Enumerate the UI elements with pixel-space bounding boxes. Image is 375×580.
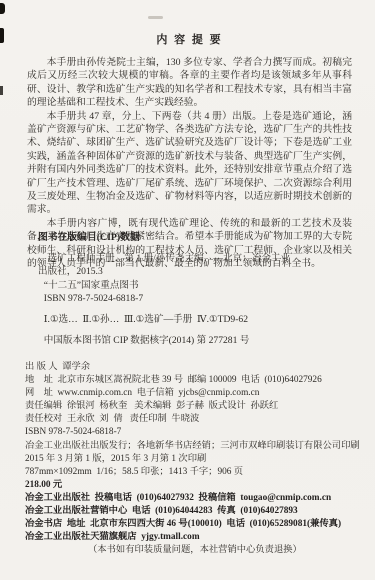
cip-isbn-line: ISBN 978-7-5024-6818-7 [38, 292, 325, 306]
format-line: 787mm×1092mm 1/16；58.5 印张；1413 千字；906 页 [25, 466, 363, 479]
isbn-line: ISBN 978-7-5024-6818-7 [25, 426, 363, 439]
cip-heading: 图书在版编目(CIP)数据 [38, 231, 325, 245]
cip-section: 图书在版编目(CIP)数据 选矿工程师手册．第 1 册/孙传尧主编．—北京：冶金… [38, 231, 325, 347]
colophon-section: 出 版 人 谭学余 地 址 北京市东城区嵩祝院北巷 39 号 邮编 100009… [25, 361, 363, 557]
publisher-address-line: 地 址 北京市东城区嵩祝院北巷 39 号 邮编 100009 电话 (010)6… [25, 374, 363, 387]
cip-series-line: “十二五”国家重点图书 [38, 279, 325, 293]
cip-title-line-1: 选矿工程师手册．第 1 册/孙传尧主编．—北京：冶金工业 [38, 252, 325, 266]
summary-paragraph: 本手册由孙传尧院士主编，130 多位专家、学者合力撰写而成。初稿完成后又历经三次… [27, 56, 352, 110]
scan-smudge [148, 16, 163, 19]
submission-contact-line: 冶金工业出版社 投稿电话 (010)64027932 投稿信箱 tougao@c… [25, 492, 363, 505]
proofreaders-line: 责任校对 王永欣 刘 倩 责任印制 牛晓波 [25, 413, 363, 426]
scan-artifact [0, 86, 3, 95]
cip-classification-line: Ⅰ.①选… Ⅱ.①孙… Ⅲ.①选矿—手册 Ⅳ.①TD9-62 [38, 313, 325, 327]
book-copyright-page: 内 容 提 要 本手册由孙传尧院士主编，130 多位专家、学者合力撰写而成。初稿… [0, 0, 375, 580]
bookstore-line: 冶金书店 地址 北京市东四西大街 46 号(100010) 电话 (010)65… [25, 518, 363, 531]
content-summary-heading: 内 容 提 要 [27, 31, 352, 47]
price-line: 218.00 元 [25, 479, 363, 492]
editors-line: 责任编辑 徐银河 杨秋奎 美术编辑 彭子赫 版式设计 孙跃红 [25, 400, 363, 413]
quality-note-line: （本书如有印装质量问题，本社营销中心负责退换） [25, 544, 363, 557]
publisher-person-line: 出 版 人 谭学余 [25, 361, 363, 374]
summary-paragraph: 本手册共 47 章，分上、下两卷（共 4 册）出版。上卷是选矿通论，涵盖矿产资源… [27, 110, 352, 217]
distribution-line: 冶金工业出版社出版发行；各地新华书店经销；三河市双峰印刷装订有限公司印刷 [25, 440, 363, 453]
cip-title-line-2: 出版社，2015.3 [38, 265, 325, 279]
tmall-store-line: 冶金工业出版社天猫旗舰店 yjgy.tmall.com [25, 531, 363, 544]
publisher-website-line: 网 址 www.cnmip.com.cn 电子信箱 yjcbs@cnmip.co… [25, 387, 363, 400]
scan-artifact [0, 3, 5, 14]
marketing-contact-line: 冶金工业出版社营销中心 电话 (010)64044283 传真 (010)640… [25, 505, 363, 518]
cip-record-line: 中国版本图书馆 CIP 数据核字(2014) 第 277281 号 [38, 334, 325, 348]
scan-artifact [0, 28, 4, 43]
edition-line: 2015 年 3 月第 1 版，2015 年 3 月第 1 次印刷 [25, 453, 363, 466]
